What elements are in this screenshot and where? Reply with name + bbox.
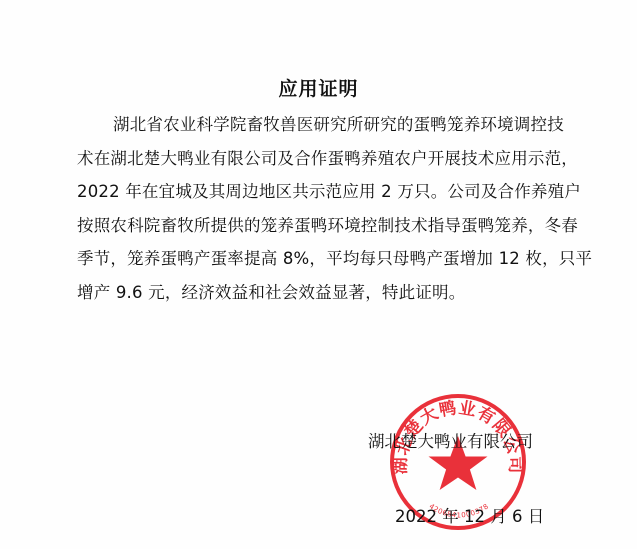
paragraph-line: 季节，笼养蛋鸭产蛋率提高 8%，平均每只母鸭产蛋增加 12 枚，只平 xyxy=(77,242,557,276)
paragraph-line: 术在湖北楚大鸭业有限公司及合作蛋鸭养殖农户开展技术应用示范， xyxy=(77,142,557,176)
certificate-page: 应用证明 湖北省农业科学院畜牧兽医研究所研究的蛋鸭笼养环境调控技 术在湖北楚大鸭… xyxy=(0,0,637,549)
paragraph-line: 增产 9.6 元，经济效益和社会效益显著，特此证明。 xyxy=(77,276,557,310)
paragraph-line: 2022 年在宜城及其周边地区共示范应用 2 万只。公司及合作养殖户 xyxy=(77,175,557,209)
paragraph-line: 湖北省农业科学院畜牧兽医研究所研究的蛋鸭笼养环境调控技 xyxy=(77,108,557,142)
company-signature: 湖北楚大鸭业有限公司 xyxy=(368,428,533,452)
issue-date: 2022 年 12 月 6 日 xyxy=(395,503,544,527)
paragraph-line: 按照农科院畜牧所提供的笼养蛋鸭环境控制技术指导蛋鸭笼养，冬春 xyxy=(77,209,557,243)
document-title: 应用证明 xyxy=(0,74,637,101)
certificate-body: 湖北省农业科学院畜牧兽医研究所研究的蛋鸭笼养环境调控技 术在湖北楚大鸭业有限公司… xyxy=(77,108,557,310)
